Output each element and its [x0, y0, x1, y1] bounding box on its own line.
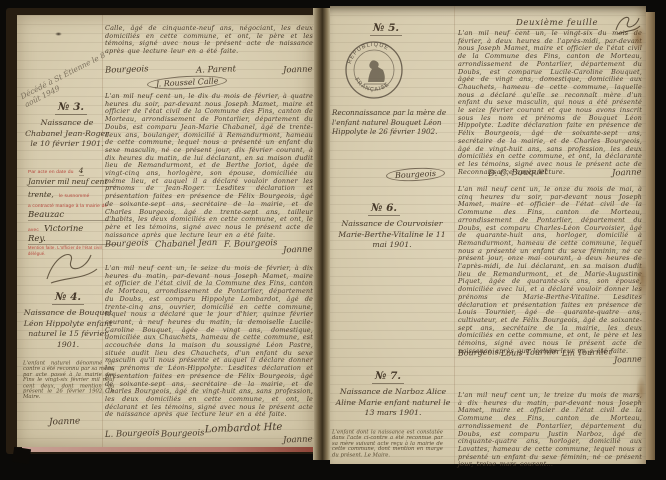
act-number-7: № 7.: [372, 370, 404, 384]
signature: Lin Tournier: [562, 347, 613, 365]
book-binding-gutter: [313, 8, 331, 460]
act-number-5: № 5.: [370, 22, 402, 36]
signature: Joanne: [283, 244, 313, 255]
signature: F. Bourgeois: [223, 238, 277, 256]
signature: Chabanel Jean: [155, 238, 218, 256]
signature: Bourgeois: [105, 64, 149, 76]
act-number-3: № 3.: [55, 101, 87, 115]
recognition-margin-note: L'enfant dont la naissance est constatée…: [332, 430, 443, 458]
act-number-6: № 6.: [368, 202, 400, 216]
act-2-closing-text: Calle, âgé de cinquante-neuf ans, négoci…: [105, 25, 313, 56]
signature: Joanne: [614, 355, 642, 365]
signature: Lombardot Hte: [205, 422, 283, 447]
seal-text-top: RÉPUBLIQUE: [347, 42, 390, 65]
act-4-text: L'an mil neuf cent un, le seize du mois …: [105, 265, 313, 419]
margin-crease: [454, 6, 455, 464]
right-page: Deuxième feuille № 5. RÉPUBLIQUE FRANÇAI…: [330, 6, 646, 464]
signature: Bourgeois: [105, 238, 149, 256]
circled-signature: J. Roussel Calle: [147, 74, 228, 91]
act-5-signatures: D. C. Bouquet Joanne: [458, 168, 642, 178]
signature: Bourgeois: [160, 428, 204, 446]
recognition-margin-note: L'enfant naturel dénommé ci-contre a été…: [23, 361, 115, 400]
act-6-margin-title: Naissance de Courvoisier Marie-Berthe-Vi…: [330, 219, 454, 251]
page-stack-edge: [646, 12, 655, 460]
stamp-handwritten-value: trente,: [28, 190, 54, 199]
act-3-margin-title: Naissance de Chabanel Jean-Roger le 10 f…: [23, 118, 111, 150]
act-4-signatures: L. Bourgeois Bourgeois Lombardot Hte Joa…: [105, 429, 313, 445]
act-7-text: L'an mil neuf cent un, le treize du mois…: [458, 392, 642, 469]
left-page: Décédé à St Étienne le 8 août 1949 № 3. …: [17, 15, 314, 447]
signature: Louis Tournier: [501, 347, 561, 365]
act-6-signatures: Bourgeois Louis Tournier Lin Tournier Jo…: [458, 348, 642, 364]
margin-paraph-icon: [41, 247, 103, 287]
signature: D. C. Bouquet: [488, 167, 548, 179]
signature: Joanne: [49, 416, 81, 427]
act-number-4: № 4.: [52, 291, 84, 305]
act-2-signatures: Bourgeois A. Parent Joanne: [105, 65, 313, 75]
act-4-margin-title: Naissance de Bouquet Léon Hippolyte enfa…: [22, 308, 114, 350]
seal-figure: [368, 60, 385, 82]
stamp-handwritten-value: Victorine: [44, 224, 83, 234]
act-5-text: L'an mil neuf cent un, le vingt-six du m…: [458, 30, 642, 176]
signature: Joanne: [283, 64, 313, 75]
signature: Bourgeois: [458, 347, 500, 364]
page-bottom-edge: [22, 447, 313, 452]
circled-signature: Bourgeois: [386, 166, 446, 182]
stamp-printed-text: avec: [28, 228, 39, 233]
act-6-text: L'an mil neuf cent un, le onze du mois d…: [458, 186, 642, 355]
stamp-handwritten-value: 4: [79, 166, 84, 176]
act-3-text: L'an mil neuf cent un, le dix du mois de…: [105, 93, 313, 239]
ink-blot: [55, 32, 62, 36]
signature: A. Parent: [196, 64, 236, 75]
act-7-margin-title: Naissance de Narboz Alice Aline Marie en…: [334, 387, 452, 419]
register-book-scan: Décédé à St Étienne le 8 août 1949 № 3. …: [0, 0, 666, 480]
act-3-signatures: Bourgeois Chabanel Jean F. Bourgeois Joa…: [105, 239, 313, 255]
signature: Joanne: [283, 434, 313, 445]
stamp-printed-text: Par acte en date du: [28, 170, 74, 175]
signature: Joanne: [612, 167, 642, 178]
signature: L. Bourgeois: [105, 428, 160, 446]
recognition-margin-note: Reconnaissance par la mère de l'enfant n…: [332, 108, 450, 137]
svg-text:RÉPUBLIQUE: RÉPUBLIQUE: [347, 42, 390, 65]
republique-francaise-seal-icon: RÉPUBLIQUE FRANÇAISE: [342, 38, 406, 102]
cover-corner: [12, 447, 31, 464]
stamp-printed-text: le susnommé: [59, 194, 90, 199]
